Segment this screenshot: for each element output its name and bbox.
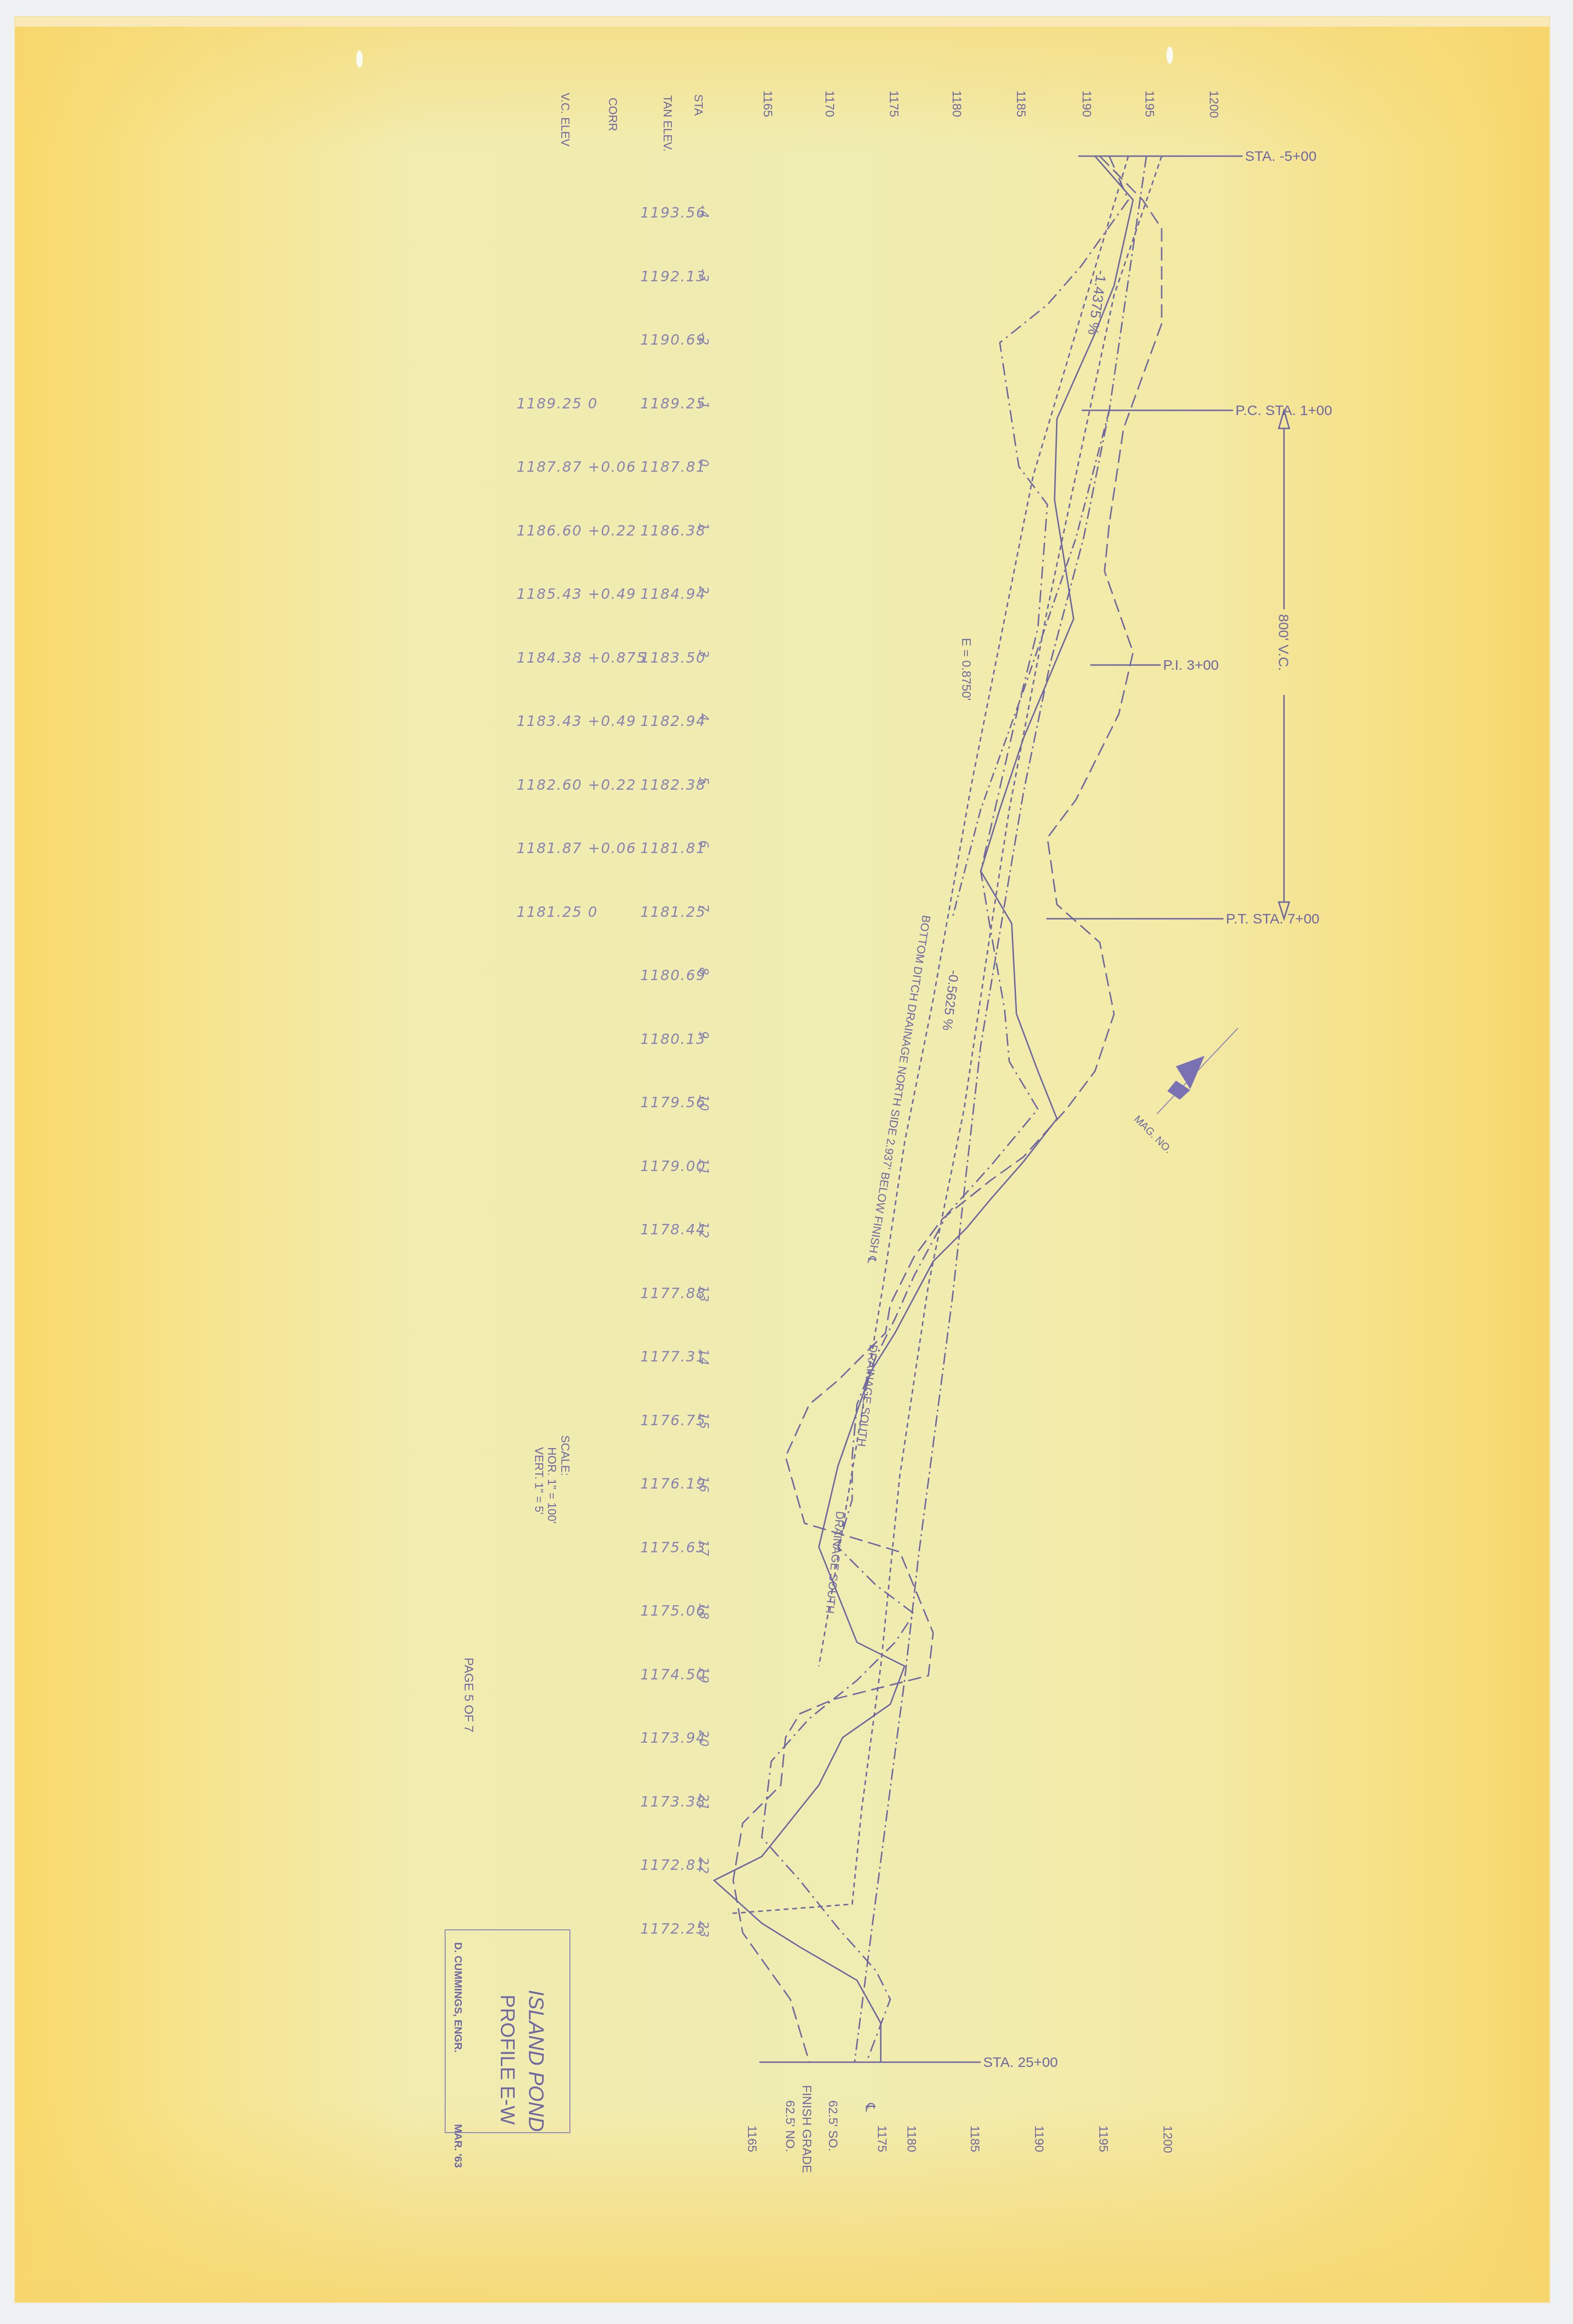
label-sta-start: STA. -5+00 [1245, 149, 1316, 165]
table-cell-station: 16 [696, 1476, 710, 1493]
axis-tick-top: 1175 [886, 90, 901, 117]
label-pt-station: P.T. STA. 7+00 [1226, 911, 1320, 927]
ground-62-5-south [733, 156, 1162, 2062]
label-vc-length: 800' V.C. [1275, 614, 1291, 671]
table-cell-station: 7 [696, 904, 710, 913]
table-cell-station: -2 [696, 332, 710, 346]
table-cell-station: 12 [696, 1222, 710, 1239]
ground-centerline [714, 156, 1133, 2062]
ground-62-5-north [762, 156, 1128, 2062]
table-cell-station: 1 [696, 523, 710, 532]
table-cell-vc-elev: 1184.38 [517, 650, 582, 666]
scale-horizontal: HOR. 1" = 100' [545, 1447, 558, 1524]
table-cell-corr: +0.22 [588, 523, 637, 539]
scale-vertical: VERT. 1" = 5' [532, 1447, 545, 1514]
profile-plot [0, 0, 1573, 2324]
axis-tick-top: 1165 [760, 90, 775, 117]
axis-tick-bottom: 1165 [745, 2125, 759, 2152]
table-cell-vc-elev: 1181.87 [517, 840, 582, 857]
table-cell-corr: 0 [588, 396, 598, 412]
table-cell-vc-elev: 1185.43 [517, 586, 582, 603]
table-cell-vc-elev: 1182.60 [517, 777, 582, 794]
axis-tick-top: 1185 [1014, 90, 1028, 117]
title-block-title: ISLAND POND [524, 1990, 548, 2132]
table-cell-corr: +0.06 [588, 459, 637, 476]
table-cell-station: 21 [696, 1794, 710, 1811]
axis-tick-bottom: 1190 [1032, 2125, 1046, 2152]
axis-tick-top: 1200 [1206, 90, 1221, 118]
table-cell-station: 14 [696, 1349, 710, 1366]
table-cell-vc-elev: 1186.60 [517, 523, 582, 539]
table-cell-station: 5 [696, 777, 710, 786]
axis-tick-top: 1190 [1079, 90, 1094, 117]
title-block-engineer: D. CUMMINGS, ENGR. [452, 1942, 464, 2053]
axis-tick-bottom: 1195 [1096, 2125, 1111, 2152]
legend-centerline: ℄ [863, 2103, 878, 2112]
header-vc-elev: V.C. ELEV [558, 93, 571, 147]
axis-tick-bottom: 1175 [875, 2125, 889, 2152]
table-cell-station: 18 [696, 1603, 710, 1620]
header-sta: STA [691, 94, 705, 116]
table-cell-station: -1 [696, 396, 710, 410]
scale-label: SCALE: [558, 1435, 571, 1476]
legend-62-5-south: 62.5' SO. [826, 2100, 840, 2152]
table-cell-vc-elev: 1183.43 [517, 713, 582, 730]
table-cell-station: 11 [696, 1158, 710, 1176]
table-cell-corr: +0.49 [588, 586, 637, 603]
table-cell-station: 9 [696, 1031, 710, 1040]
axis-tick-bottom: 1200 [1160, 2125, 1175, 2153]
label-pi-station: P.I. 3+00 [1163, 657, 1219, 674]
table-cell-station: 20 [696, 1730, 710, 1748]
axis-tick-top: 1170 [822, 90, 837, 117]
legend-62-5-north: 62.5' NO. [783, 2100, 797, 2152]
table-cell-station: 13 [696, 1285, 710, 1303]
label-sta-end: STA. 25+00 [983, 2055, 1058, 2071]
table-cell-station: 8 [696, 967, 710, 976]
title-block-subtitle: PROFILE E-W [496, 1995, 519, 2125]
table-cell-corr: 0 [588, 904, 598, 921]
legend-finish-grade: FINISH GRADE [799, 2085, 814, 2173]
table-cell-station: 3 [696, 650, 710, 659]
table-cell-station: 2 [696, 586, 710, 595]
table-cell-station: 15 [696, 1412, 710, 1430]
table-cell-station: 10 [696, 1094, 710, 1112]
table-cell-station: 6 [696, 840, 710, 849]
table-cell-corr: +0.22 [588, 777, 637, 794]
table-cell-station: -4 [696, 205, 710, 219]
ditch-south-line [728, 156, 1162, 1914]
table-cell-corr: +0.06 [588, 840, 637, 857]
table-cell-corr: +0.875 [588, 650, 647, 666]
header-corr: CORR [606, 98, 619, 131]
axis-tick-top: 1195 [1142, 90, 1157, 117]
axis-tick-bottom: 1180 [904, 2125, 919, 2152]
title-block-date: MAR. '63 [452, 2124, 464, 2168]
table-cell-station: 4 [696, 713, 710, 722]
table-cell-vc-elev: 1181.25 [517, 904, 582, 921]
table-cell-vc-elev: 1189.25 [517, 396, 582, 412]
table-cell-vc-elev: 1187.87 [517, 459, 582, 476]
label-e-value: E = 0.8750' [959, 638, 974, 700]
table-cell-corr: +0.49 [588, 713, 637, 730]
table-cell-station: 22 [696, 1857, 710, 1875]
header-tan-elev: TAN ELEV. [660, 95, 674, 152]
axis-tick-bottom: 1185 [967, 2125, 982, 2152]
label-pc-station: P.C. STA. 1+00 [1235, 403, 1332, 419]
table-cell-station: 19 [696, 1667, 710, 1684]
north-arrow-icon [1157, 1028, 1238, 1114]
axis-tick-top: 1180 [949, 90, 964, 117]
table-cell-station: 0 [696, 459, 710, 468]
table-cell-station: -3 [696, 268, 710, 283]
table-cell-station: 17 [696, 1539, 710, 1557]
page-number: PAGE 5 OF 7 [461, 1658, 476, 1732]
table-cell-station: 23 [696, 1921, 710, 1938]
